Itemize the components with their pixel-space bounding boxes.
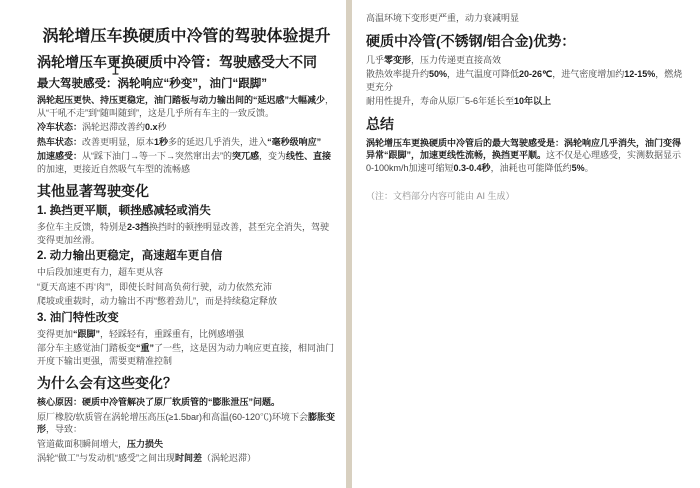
- text-run: 几乎: [366, 55, 384, 65]
- text-run: 原厂橡胶/软质管在涡轮增压高压(≥1.5bar)和高温(60-120℃)环境下会: [37, 412, 308, 422]
- page-1[interactable]: 涡轮增压车换硬质中冷管的驾驶体验提升 涡轮增压车更换硬质中冷管：驾驶感受大不同 …: [0, 0, 346, 488]
- text-run: 0.x: [145, 122, 158, 132]
- text-run: “跟脚”: [73, 329, 100, 339]
- para-accel-feel: 加速感受：从“踩下油门→等一下→突然窜出去”的突兀感，变为线性、直接的加速，更接…: [37, 150, 336, 175]
- advantages-heading: 硬质中冷管(不锈钢/铝合金)优势：: [366, 32, 686, 50]
- text-run: 零变形: [384, 55, 411, 65]
- text-run: 管道截面积瞬间增大，: [37, 439, 127, 449]
- text-run: 秒: [158, 122, 167, 132]
- text-run: 散热效率提升约: [366, 69, 429, 79]
- text-run: ，进气密度增加约: [552, 69, 624, 79]
- text-run: 涡轮起压更快、持压更稳定，油门踏板与动力输出间的“延迟感”大幅减少: [37, 95, 325, 105]
- para-adv-1: 几乎零变形，压力传递更直接高效: [366, 54, 686, 67]
- text-run: 的加速，更接近自然吸气车型的流畅感: [37, 164, 190, 174]
- para-adv-3: 耐用性提升，寿命从原厂5-6年延长至10年以上: [366, 95, 686, 108]
- para-throttle-2: 部分车主感觉油门踏板变“重”了一些，这是因为动力响应更直接，相同油门开度下输出更…: [37, 342, 336, 367]
- text-run: ，轻踩轻有，重踩重有，比例感增强: [100, 329, 244, 339]
- text-run: 时间差: [175, 453, 202, 463]
- text-run: 20-26℃: [519, 69, 552, 79]
- text-run: 2-3挡: [127, 222, 149, 232]
- para-summary: 涡轮增压车更换硬质中冷管后的最大驾驶感受是：涡轮响应几乎消失，油门变得异常“跟脚…: [366, 137, 686, 175]
- text-run: ，油耗也可能降低约: [491, 163, 572, 173]
- para-hot-deform: 高温环境下变形更严重，动力衰减明显: [366, 12, 686, 25]
- para-expand: 原厂橡胶/软质管在涡轮增压高压(≥1.5bar)和高温(60-120℃)环境下会…: [37, 411, 336, 436]
- para-power-1: 中后段加速更有力，超车更从容: [37, 266, 336, 279]
- text-cursor-icon: [111, 59, 120, 75]
- para-shift: 多位车主反馈，特别是2-3挡换挡时的顿挫明显改善，甚至完全消失，驾驶变得更加丝滑…: [37, 221, 336, 246]
- para-core-reason: 核心原因：硬质中冷管解决了原厂软质管的“膨胀泄压”问题。: [37, 396, 336, 409]
- text-run: 0.3-0.4秒: [454, 163, 491, 173]
- text-run: 多的延迟几乎消失，进入: [168, 137, 267, 147]
- text-run: ，导致：: [46, 424, 82, 434]
- para-pressure-loss: 管道截面积瞬间增大，压力损失: [37, 438, 336, 451]
- para-adv-2: 散热效率提升约50%，进气温度可降低20-26℃，进气密度增加约12-15%，燃…: [366, 68, 686, 93]
- text-run: 加速感受：: [37, 151, 82, 161]
- document-preview: 涡轮增压车换硬质中冷管的驾驶体验提升 涡轮增压车更换硬质中冷管：驾驶感受大不同 …: [0, 0, 700, 488]
- summary-heading: 总结: [366, 115, 686, 133]
- text-run: 核心原因：硬质中冷管解决了原厂软质管的“膨胀泄压”问题。: [37, 397, 280, 407]
- text-run: “重”: [136, 343, 154, 353]
- text-run: 多位车主反馈，特别是: [37, 222, 127, 232]
- text-run: 线性、直接: [286, 151, 331, 161]
- text-run: 压力损失: [127, 439, 163, 449]
- text-run: 从“踩下油门→等一下→突然窜出去”的: [82, 151, 232, 161]
- text-run: 涡轮迟滞改善约: [82, 122, 145, 132]
- text-run: 突兀感: [232, 151, 259, 161]
- para-throttle-1: 变得更加“跟脚”，轻踩轻有，重踩重有，比例感增强: [37, 328, 336, 341]
- text-run: 。: [585, 163, 594, 173]
- text-run: ，进气温度可降低: [447, 69, 519, 79]
- shift-heading: 1. 换挡更平顺，顿挫感减轻或消失: [37, 204, 336, 218]
- page-2[interactable]: 高温环境下变形更严重，动力衰减明显 硬质中冷管(不锈钢/铝合金)优势： 几乎零变…: [352, 0, 700, 488]
- text-run: 50%: [429, 69, 447, 79]
- text-run: 冷车状态：: [37, 122, 82, 132]
- text-run: 热车状态：: [37, 137, 82, 147]
- text-run: 1秒: [154, 137, 168, 147]
- para-power-3: 爬坡或重载时，动力输出不再“憋着劲儿”，而是持续稳定释放: [37, 295, 336, 308]
- text-run: 12-15%: [624, 69, 655, 79]
- why-heading: 为什么会有这些变化？: [37, 374, 336, 392]
- para-overall: 涡轮起压更快、持压更稳定，油门踏板与动力输出间的“延迟感”大幅减少，从“干吼不走…: [37, 94, 336, 119]
- text-run: （涡轮迟滞）: [202, 453, 256, 463]
- text-run: 涡轮“做工”与发动机“感受”之间出现: [37, 453, 175, 463]
- para-cold-state: 冷车状态：涡轮迟滞改善约0.x秒: [37, 121, 336, 134]
- text-run: 部分车主感觉油门踏板变: [37, 343, 136, 353]
- text-run: 变得更加: [37, 329, 73, 339]
- doc-title: 涡轮增压车换硬质中冷管的驾驶体验提升: [37, 26, 336, 47]
- text-run: 5%: [572, 163, 585, 173]
- text-run: ，压力传递更直接高效: [411, 55, 501, 65]
- text-run: ，变为: [259, 151, 286, 161]
- throttle-heading: 3. 油门特性改变: [37, 311, 336, 325]
- power-heading: 2. 动力输出更稳定，高速超车更自信: [37, 249, 336, 263]
- other-changes-heading: 其他显著驾驶变化: [37, 182, 336, 200]
- intro-heading: 涡轮增压车更换硬质中冷管：驾驶感受大不同: [37, 53, 336, 71]
- ai-generated-note: （注：文档部分内容可能由 AI 生成）: [366, 190, 686, 203]
- text-run: 10年以上: [514, 96, 551, 106]
- para-turbo-lag: 涡轮“做工”与发动机“感受”之间出现时间差（涡轮迟滞）: [37, 452, 336, 465]
- text-run: 改善更明显，原本: [82, 137, 154, 147]
- max-feel-heading: 最大驾驶感受：涡轮响应“秒变”，油门“跟脚”: [37, 77, 336, 91]
- text-run: “毫秒级响应”: [267, 137, 321, 147]
- para-power-2: “夏天高速不再‘肉’”，即使长时间高负荷行驶，动力依然充沛: [37, 281, 336, 294]
- text-run: 耐用性提升，寿命从原厂5-6年延长至: [366, 96, 514, 106]
- para-hot-state: 热车状态：改善更明显，原本1秒多的延迟几乎消失，进入“毫秒级响应”: [37, 136, 336, 149]
